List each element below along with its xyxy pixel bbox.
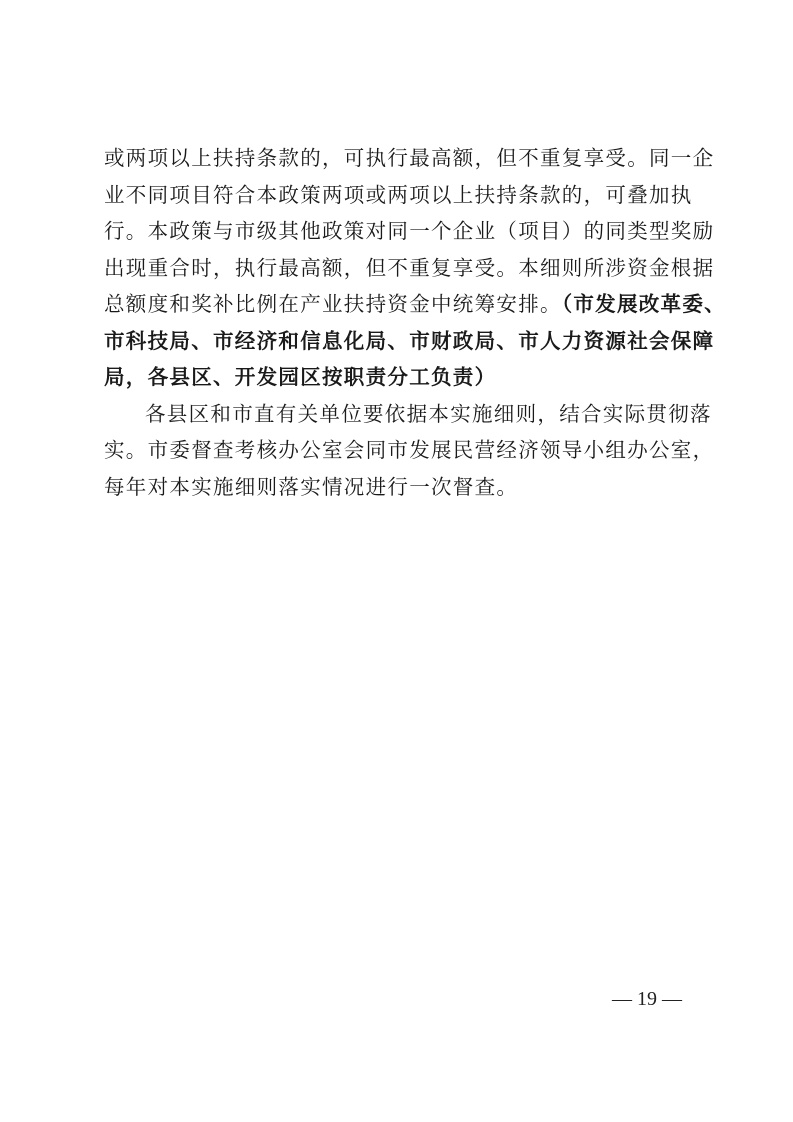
text-line: 出现重合时，执行最高额，但不重复享受。本细则所涉资金根据 bbox=[104, 250, 694, 287]
responsible-units-line: 市科技局、市经济和信息化局、市财政局、市人力资源社会保障 bbox=[104, 323, 694, 360]
text-line: 或两项以上扶持条款的，可执行最高额，但不重复享受。同一企 bbox=[104, 140, 694, 177]
text-line: 实。市委督查考核办公室会同市发展民营经济领导小组办公室， bbox=[104, 432, 694, 469]
funding-sentence: 总额度和奖补比例在产业扶持资金中统筹安排。 bbox=[104, 292, 562, 316]
responsible-units-start: （市发展改革委、 bbox=[562, 292, 726, 316]
document-page: 或两项以上扶持条款的，可执行最高额，但不重复享受。同一企 业不同项目符合本政策两… bbox=[0, 0, 793, 1122]
responsible-units-end: 局，各县区、开发园区按职责分工负责） bbox=[104, 359, 694, 396]
text-line: 业不同项目符合本政策两项或两项以上扶持条款的，可叠加执 bbox=[104, 177, 694, 214]
text-line: 总额度和奖补比例在产业扶持资金中统筹安排。（市发展改革委、 bbox=[104, 286, 694, 323]
text-line: 各县区和市直有关单位要依据本实施细则，结合实际贯彻落 bbox=[104, 396, 694, 433]
text-line: 行。本政策与市级其他政策对同一个企业（项目）的同类型奖励 bbox=[104, 213, 694, 250]
body-text: 或两项以上扶持条款的，可执行最高额，但不重复享受。同一企 业不同项目符合本政策两… bbox=[104, 140, 694, 505]
page-number: — 19 — bbox=[612, 988, 682, 1011]
text-line: 每年对本实施细则落实情况进行一次督查。 bbox=[104, 469, 694, 506]
